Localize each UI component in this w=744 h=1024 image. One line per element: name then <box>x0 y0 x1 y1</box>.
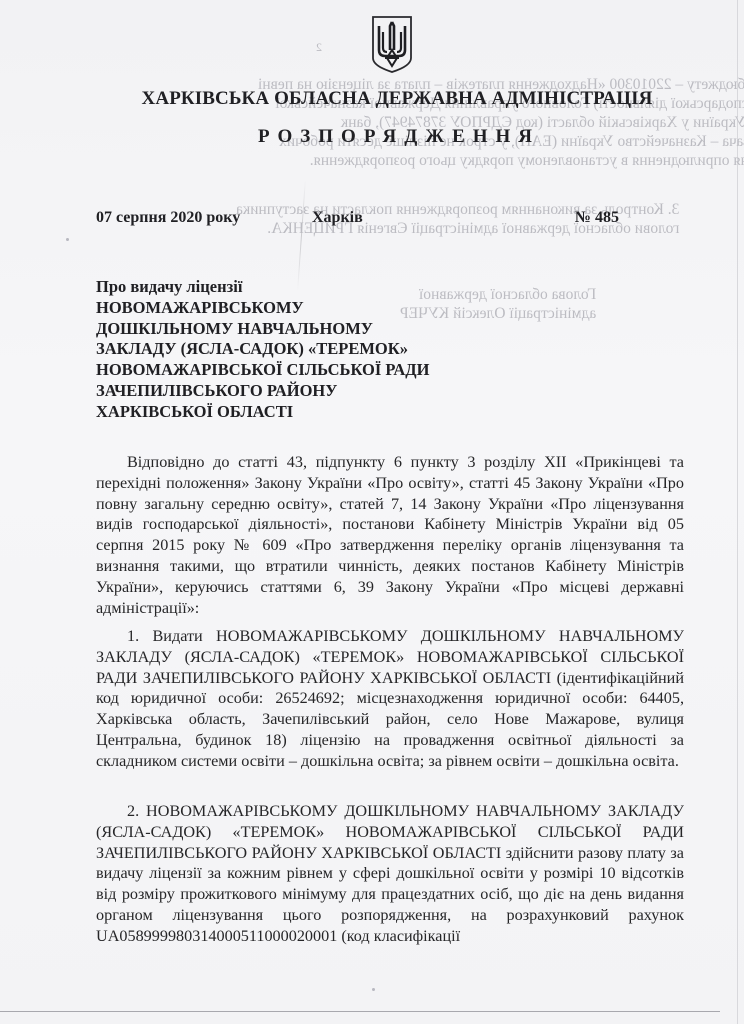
document-number: № 485 <box>575 209 619 227</box>
order-item-text: 1. Видати НОВОМАЖАРІВСЬКОМУ ДОШКІЛЬНОМУ … <box>96 626 684 772</box>
order-item-2: 2. НОВОМАЖАРІВСЬКОМУ ДОШКІЛЬНОМУ НАВЧАЛЬ… <box>96 801 684 947</box>
document-city: Харків <box>312 209 363 227</box>
bleed-page-mark: 2 <box>316 40 322 55</box>
subject-lead: Про видачу ліцензії <box>96 277 516 298</box>
subject-line: НОВОМАЖАРІВСЬКОМУ <box>96 298 516 319</box>
document-date: 07 серпня 2020 року <box>96 209 240 227</box>
document-meta: 07 серпня 2020 року Харків № 485 <box>96 209 619 233</box>
subject-line: ХАРКІВСЬКОЇ ОБЛАСТІ <box>96 402 516 423</box>
scan-edge <box>0 1011 720 1012</box>
order-item-text: 2. НОВОМАЖАРІВСЬКОМУ ДОШКІЛЬНОМУ НАВЧАЛЬ… <box>96 801 684 947</box>
scanned-page: 2 доходів бюджету – 22010300 «Надходженн… <box>0 0 744 1024</box>
coat-of-arms-of-ukraine-icon <box>370 14 414 74</box>
scan-edge <box>737 0 738 1024</box>
scan-artifact <box>66 238 69 241</box>
subject-line: ЗАЧЕПИЛІВСЬКОГО РАЙОНУ <box>96 381 516 402</box>
order-item-1: 1. Видати НОВОМАЖАРІВСЬКОМУ ДОШКІЛЬНОМУ … <box>96 626 684 772</box>
subject-line: НОВОМАЖАРІВСЬКОЇ СІЛЬСЬКОЇ РАДИ <box>96 360 516 381</box>
paper-fold <box>297 180 306 290</box>
preamble-paragraph: Відповідно до статті 43, підпункту 6 пун… <box>96 452 684 618</box>
scan-artifact <box>372 988 375 991</box>
document-type-heading: РОЗПОРЯДЖЕННЯ <box>0 126 744 148</box>
subject-line: ЗАКЛАДУ (ЯСЛА-САДОК) «ТЕРЕМОК» <box>96 339 516 360</box>
organization-title: ХАРКІВСЬКА ОБЛАСНА ДЕРЖАВНА АДМІНІСТРАЦІ… <box>0 88 744 110</box>
document-subject: Про видачу ліцензії НОВОМАЖАРІВСЬКОМУ ДО… <box>96 277 516 423</box>
subject-line: ДОШКІЛЬНОМУ НАВЧАЛЬНОМУ <box>96 319 516 340</box>
preamble-text: Відповідно до статті 43, підпункту 6 пун… <box>96 452 684 618</box>
